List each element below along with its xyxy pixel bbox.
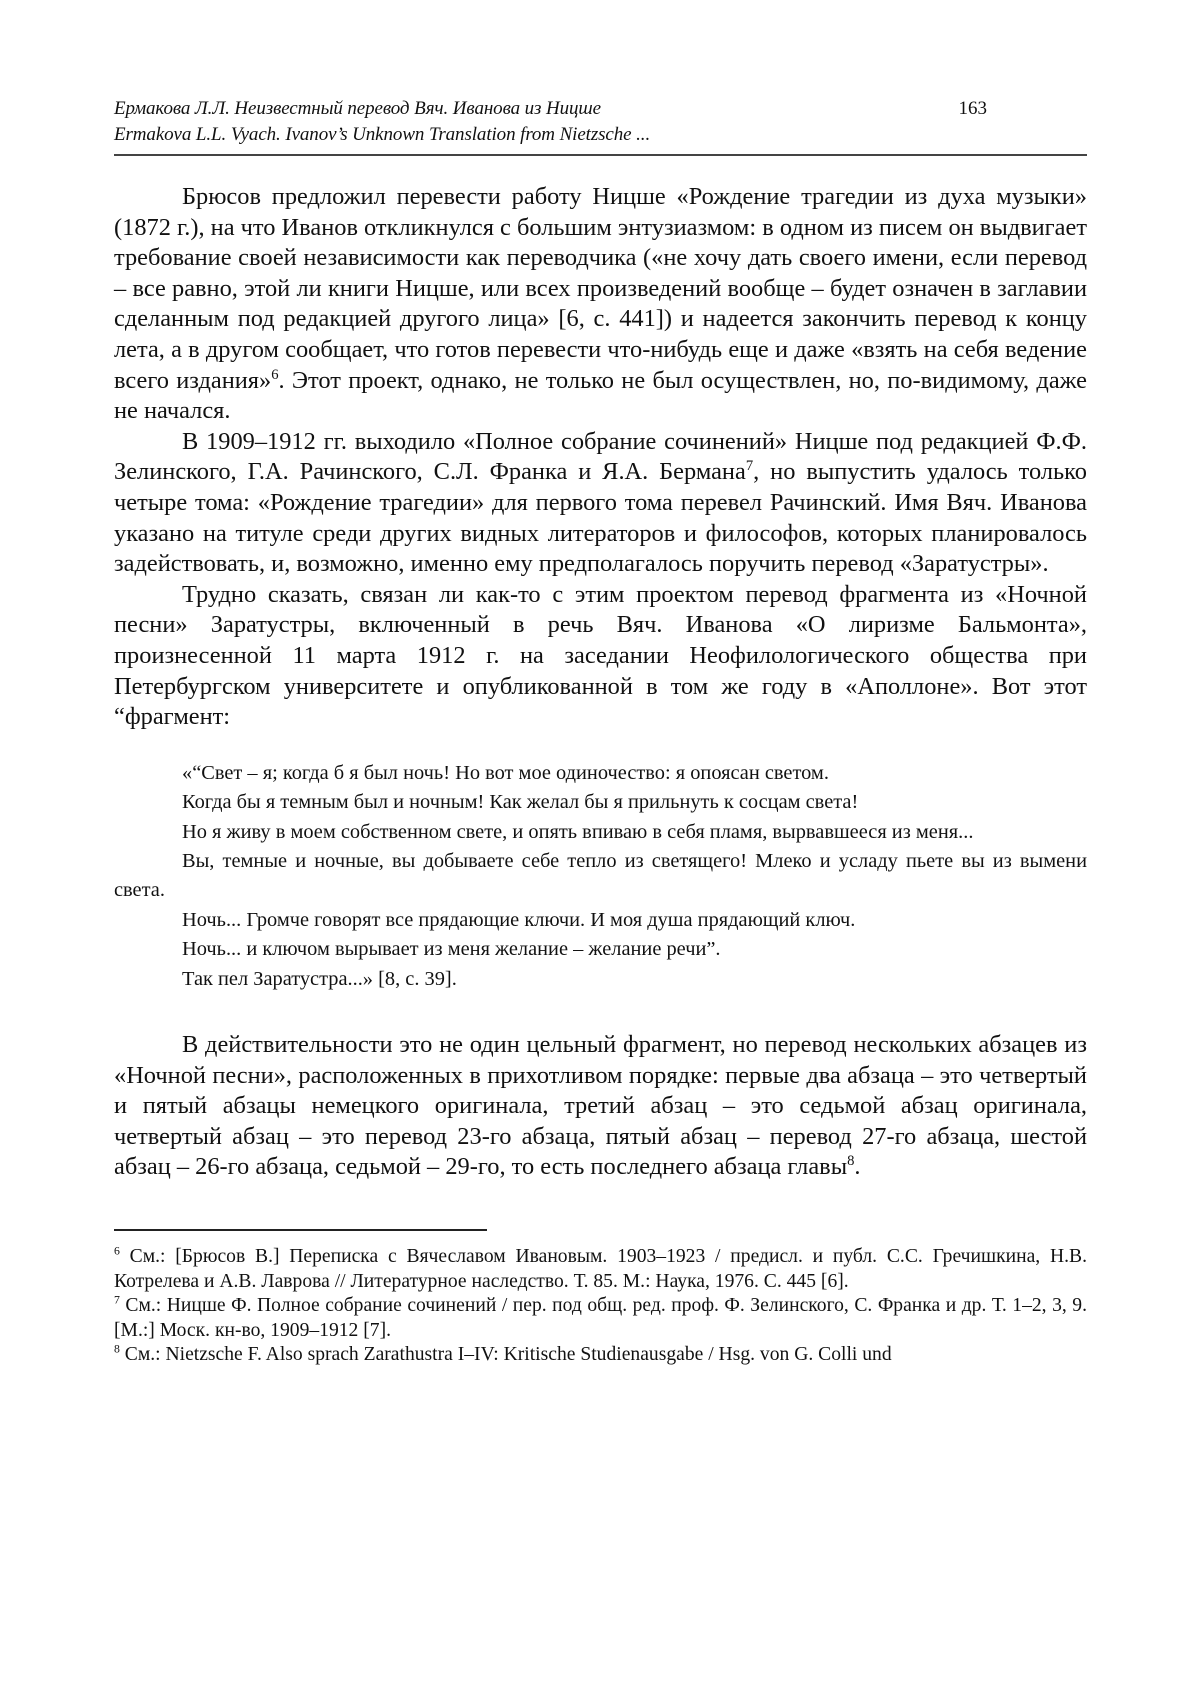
running-head: Ермакова Л.Л. Неизвестный перевод Вяч. И… xyxy=(114,96,1087,156)
footnote-text: См.: [Брюсов В.] Переписка с Вячеславом … xyxy=(114,1246,1087,1292)
paragraph-3: Трудно сказать, связан ли как-то с этим … xyxy=(114,580,1087,733)
footnote-6: 6 См.: [Брюсов В.] Переписка с Вячеславо… xyxy=(114,1245,1087,1294)
quote-line: Ночь... Громче говорят все прядающие клю… xyxy=(114,906,1087,935)
page: Ермакова Л.Л. Неизвестный перевод Вяч. И… xyxy=(114,96,1087,1368)
paragraph-text: В действительности это не один цельный ф… xyxy=(114,1031,1087,1180)
paragraph-text: Брюсов предложил перевести работу Ницше … xyxy=(114,183,1087,394)
paragraph-4: В действительности это не один цельный ф… xyxy=(114,1030,1087,1183)
footnote-text: См.: Ницше Ф. Полное собрание сочинений … xyxy=(114,1295,1087,1341)
footnote-text: См.: Nietzsche F. Also sprach Zarathustr… xyxy=(120,1344,892,1365)
footnote-8: 8 См.: Nietzsche F. Also sprach Zarathus… xyxy=(114,1343,1087,1368)
paragraph-1: Брюсов предложил перевести работу Ницше … xyxy=(114,182,1087,427)
running-head-title-en: Ermakova L.L. Vyach. Ivanov’s Unknown Tr… xyxy=(114,122,1087,148)
quote-line: Так пел Заратустра...» [8, с. 39]. xyxy=(114,965,1087,994)
footnotes: 6 См.: [Брюсов В.] Переписка с Вячеславо… xyxy=(114,1245,1087,1368)
block-quote: «“Свет – я; когда б я был ночь! Но вот м… xyxy=(114,759,1087,994)
main-text: Брюсов предложил перевести работу Ницше … xyxy=(114,182,1087,733)
quote-line: Но я живу в моем собственном свете, и оп… xyxy=(114,818,1087,847)
quote-line: «“Свет – я; когда б я был ночь! Но вот м… xyxy=(114,759,1087,788)
footnote-ref-6[interactable]: 6 xyxy=(271,366,278,382)
main-text-continued: В действительности это не один цельный ф… xyxy=(114,1030,1087,1183)
quote-line: Вы, темные и ночные, вы добываете себе т… xyxy=(114,847,1087,906)
footnote-7: 7 См.: Ницше Ф. Полное собрание сочинени… xyxy=(114,1294,1087,1343)
paragraph-text: . xyxy=(854,1153,860,1180)
running-head-title-ru: Ермакова Л.Л. Неизвестный перевод Вяч. И… xyxy=(114,96,1087,122)
page-number: 163 xyxy=(959,96,988,122)
quote-line: Когда бы я темным был и ночным! Как жела… xyxy=(114,788,1087,817)
quote-line: Ночь... и ключом вырывает из меня желани… xyxy=(114,935,1087,964)
paragraph-2: В 1909–1912 гг. выходило «Полное собрани… xyxy=(114,427,1087,580)
footnote-separator xyxy=(114,1229,487,1231)
